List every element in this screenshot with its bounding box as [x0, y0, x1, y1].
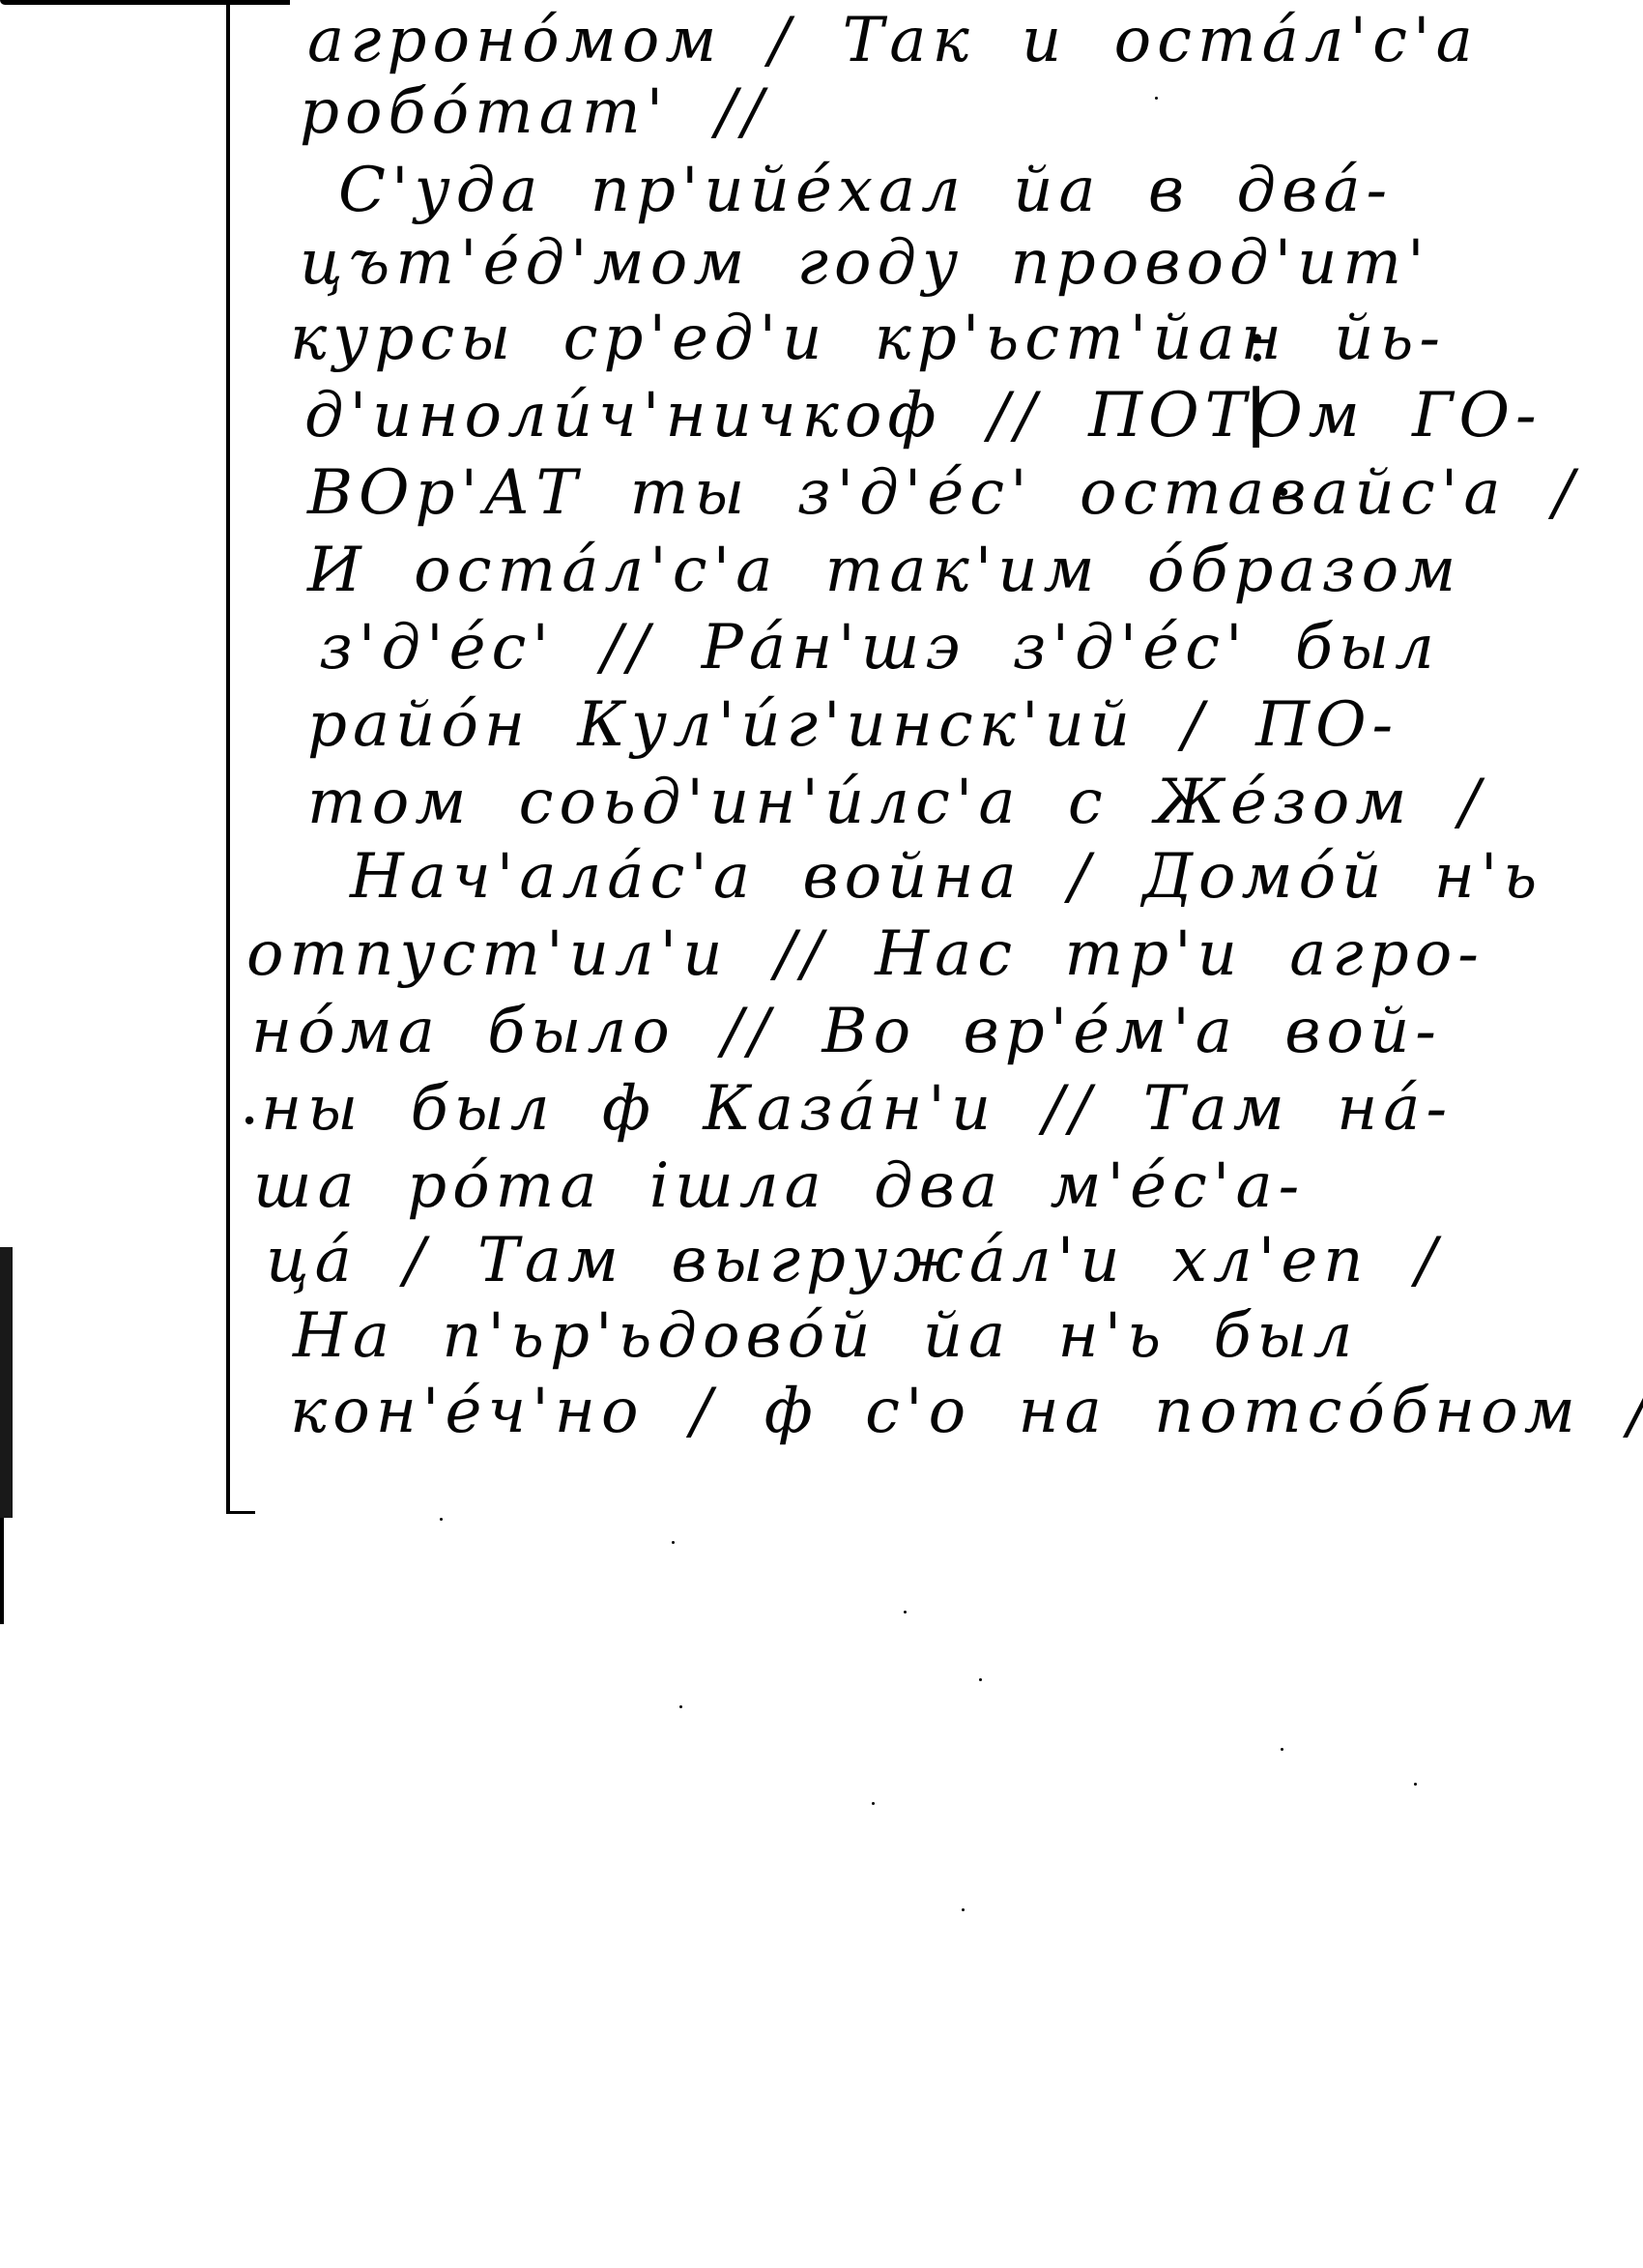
scan-speck — [904, 1611, 907, 1614]
margin-rule — [226, 4, 230, 1512]
margin-mark: | — [1245, 382, 1267, 444]
text-line-10: райо́н Кул'и́г'инск'ий / ПО- — [307, 694, 1398, 756]
text-line-13: отпуст'ил'и // Нас тр'и агро- — [246, 923, 1484, 985]
text-line-1: агроно́мом / Так и оста́л'с'а — [307, 10, 1479, 72]
scan-speck — [872, 1802, 875, 1805]
text-line-17: ца́ / Там выгружа́л'и хл'еп / — [266, 1230, 1442, 1292]
scan-speck — [979, 1678, 982, 1681]
scanned-page: агроно́мом / Так и оста́л'с'а робо́тат' … — [0, 0, 1643, 2268]
margin-mark: : — [1247, 309, 1268, 371]
scan-left-edge — [0, 1247, 13, 1518]
margin-mark: · — [240, 1090, 259, 1152]
text-line-8: И оста́л'с'а так'им о́бразом — [307, 539, 1461, 601]
text-line-2: робо́тат' // — [300, 81, 769, 143]
text-line-12: Нач'ала́с'а война / Домо́й н'ь — [350, 846, 1542, 908]
scan-speck — [1281, 1748, 1283, 1751]
scan-speck — [962, 1908, 965, 1911]
scan-top-edge — [0, 0, 290, 5]
text-line-7: ВОр'АТ ты з'д'е́с' оставайс'а / — [307, 462, 1579, 524]
margin-mark: · — [1274, 462, 1293, 524]
scan-speck — [440, 1518, 443, 1521]
text-line-6: д'иноли́ч'ничкоф // ПОТОм ГО- — [304, 385, 1542, 447]
text-line-11: том соьд'ин'и́лс'а с Же́зом / — [307, 771, 1485, 833]
text-line-19: кон'е́ч'но / ф с'о на потсо́бном / — [290, 1381, 1643, 1442]
scan-speck — [679, 1705, 682, 1708]
margin-rule-foot — [226, 1511, 255, 1514]
text-line-3: С'уда пр'ийе́хал йа в два́- — [338, 160, 1393, 221]
text-line-16: ша ро́та ішла два м'е́с'а- — [253, 1155, 1305, 1217]
scan-speck — [1414, 1783, 1417, 1786]
scan-speck — [672, 1541, 675, 1544]
text-line-14: но́ма было // Во вр'е́м'а вой- — [251, 1001, 1442, 1062]
text-line-15: ны был ф Каза́н'и // Там на́- — [261, 1078, 1453, 1140]
text-line-18: На п'ьр'ьдово́й йа н'ь был — [293, 1305, 1358, 1367]
text-line-4: цът'е́д'мом году провод'ит' — [300, 232, 1430, 294]
scan-speck — [1155, 97, 1158, 100]
text-line-5: курсы ср'ед'и кр'ьст'йан йь- — [290, 307, 1446, 369]
text-line-9: з'д'е́с' // Ра́н'шэ з'д'е́с' был — [319, 617, 1440, 679]
scan-left-edge-thin — [0, 1518, 4, 1624]
